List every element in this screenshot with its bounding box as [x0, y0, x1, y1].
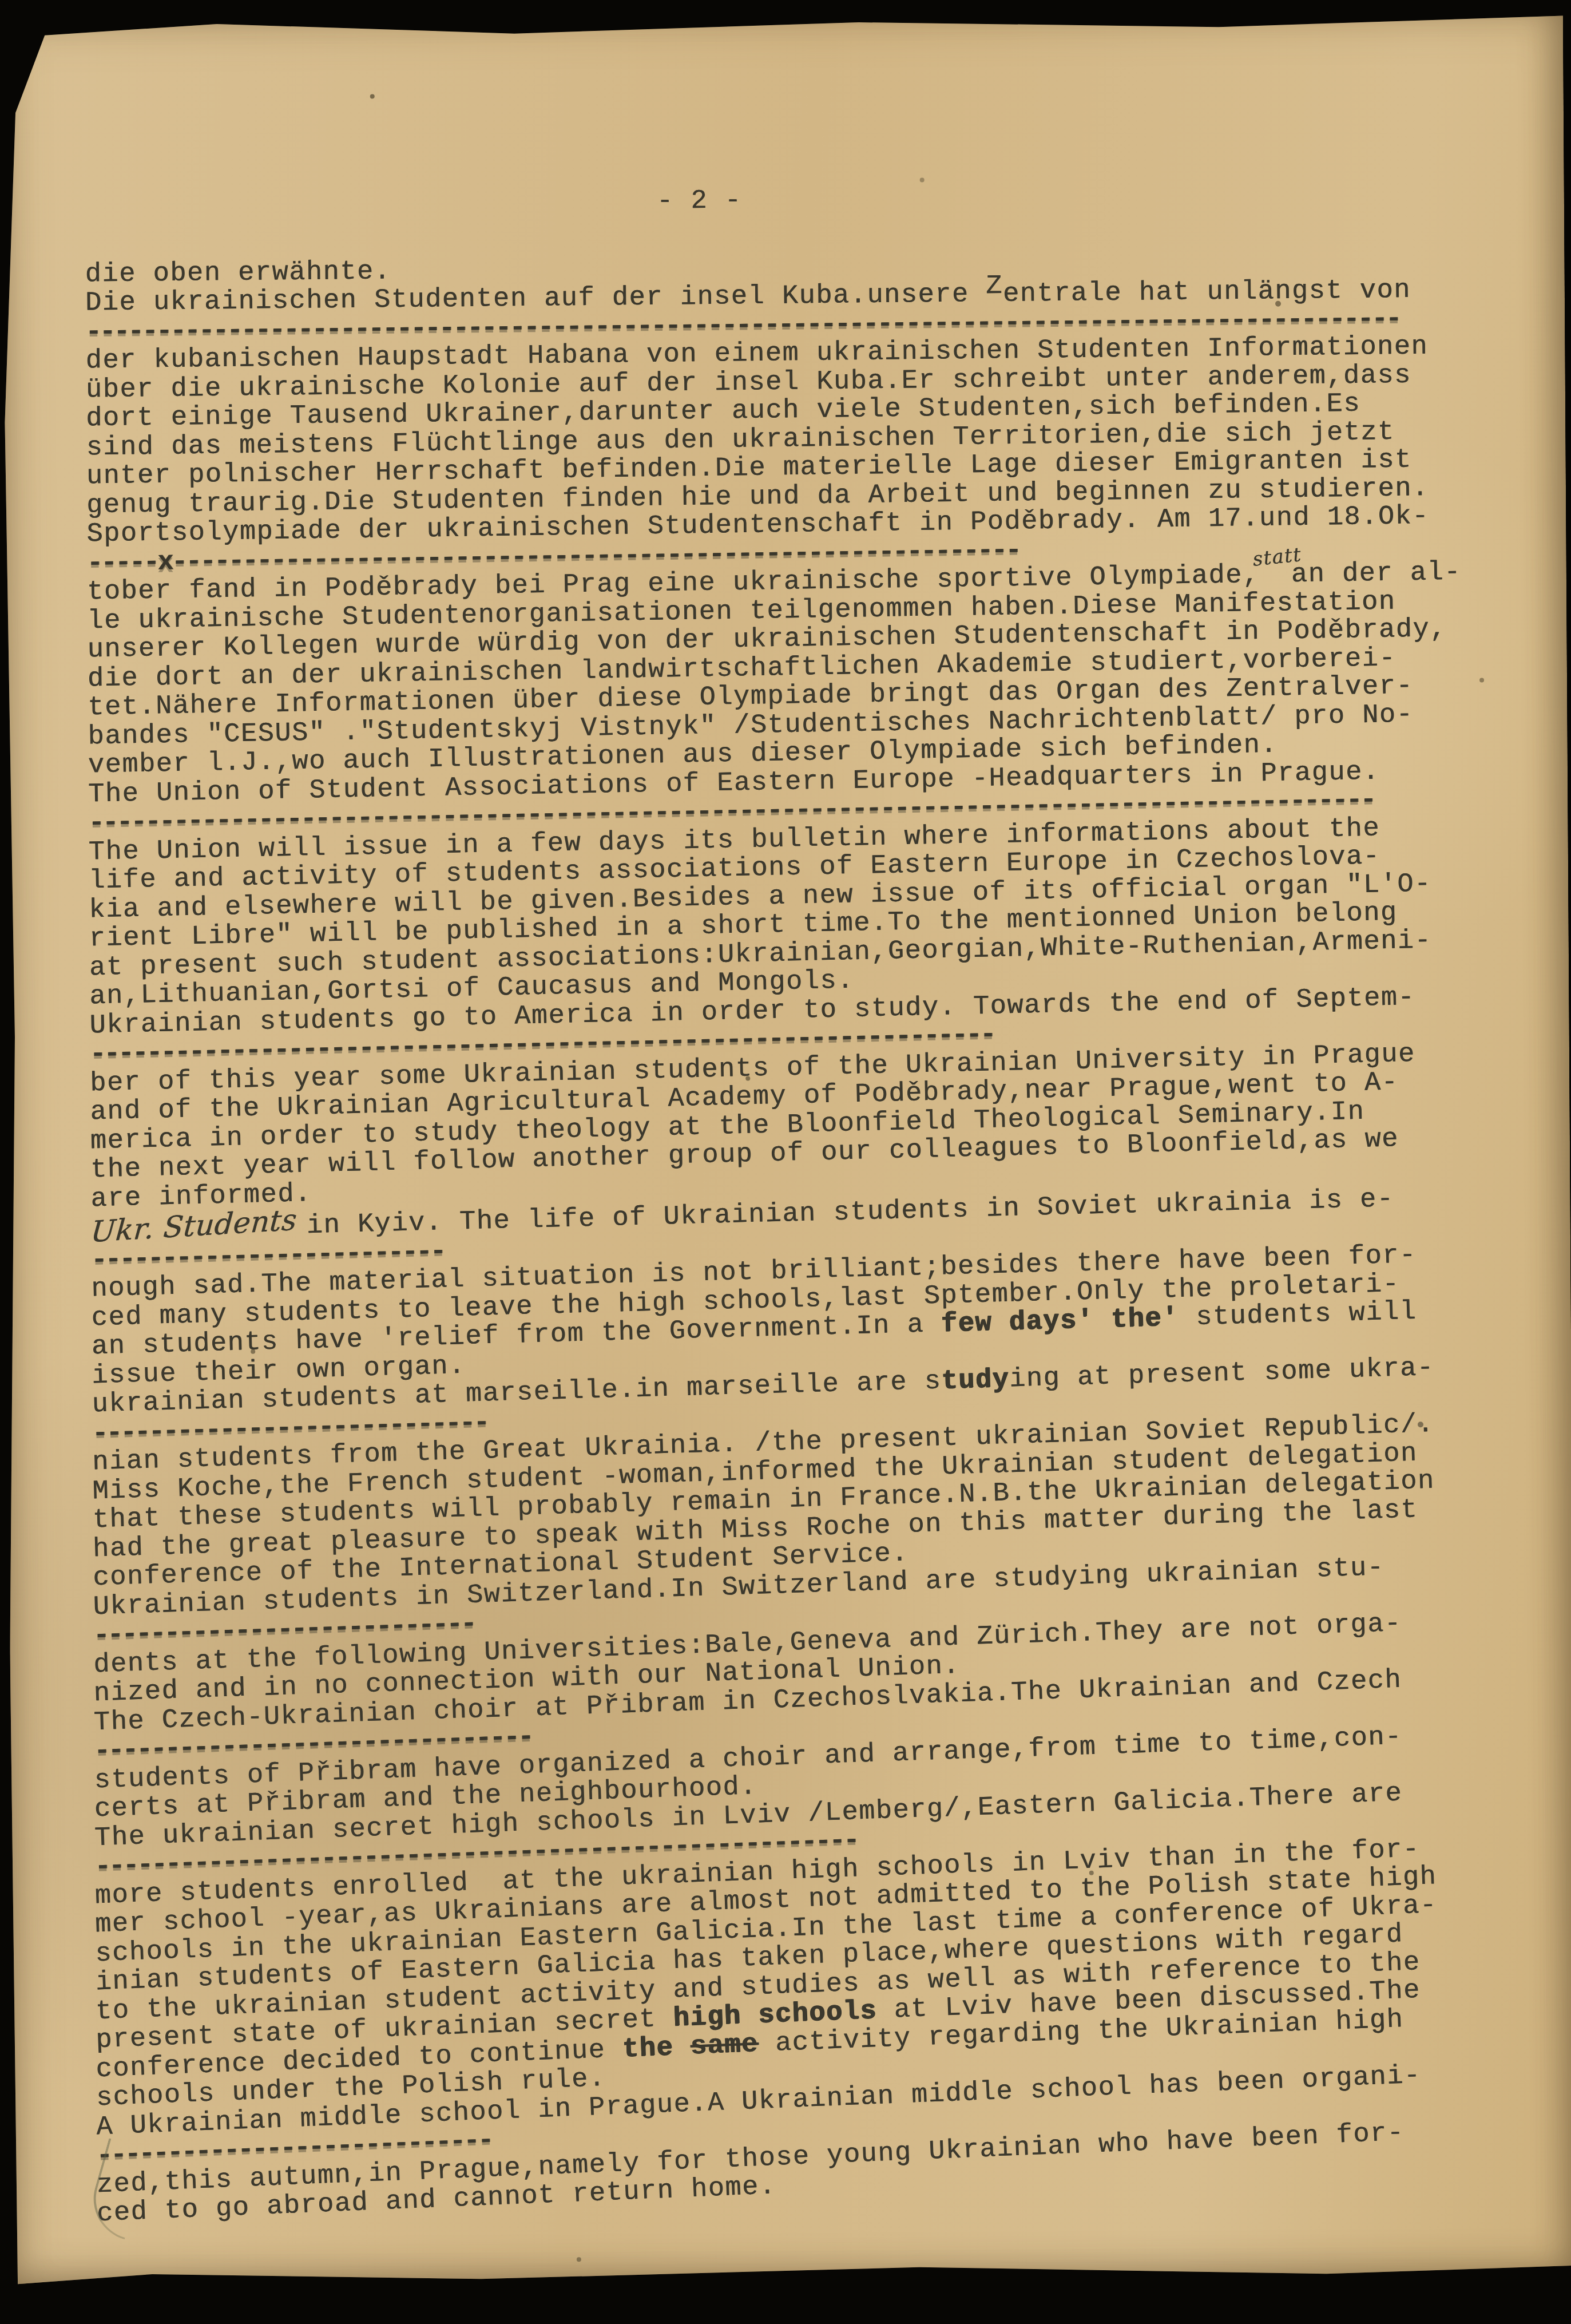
overstruck-text: same: [690, 2029, 759, 2062]
overstruck-text: the: [622, 2032, 691, 2065]
raised-character: Z: [986, 272, 1003, 302]
handwritten-annotation: statt: [1251, 540, 1303, 574]
overstruck-text: tudy: [941, 1364, 1010, 1396]
paper-sheet: - 2 -die oben erwähnte.Die ukrainischen …: [0, 3, 1571, 2289]
typewritten-lines: - 2 -die oben erwähnte.Die ukrainischen …: [0, 3, 1571, 2230]
page-number: - 2 -: [85, 180, 1541, 221]
overstruck-text: the': [1110, 1303, 1179, 1335]
overstruck-text: few days': [941, 1305, 1094, 1340]
scan-background: { "page": { "background_color": "#070604…: [0, 0, 1571, 2324]
